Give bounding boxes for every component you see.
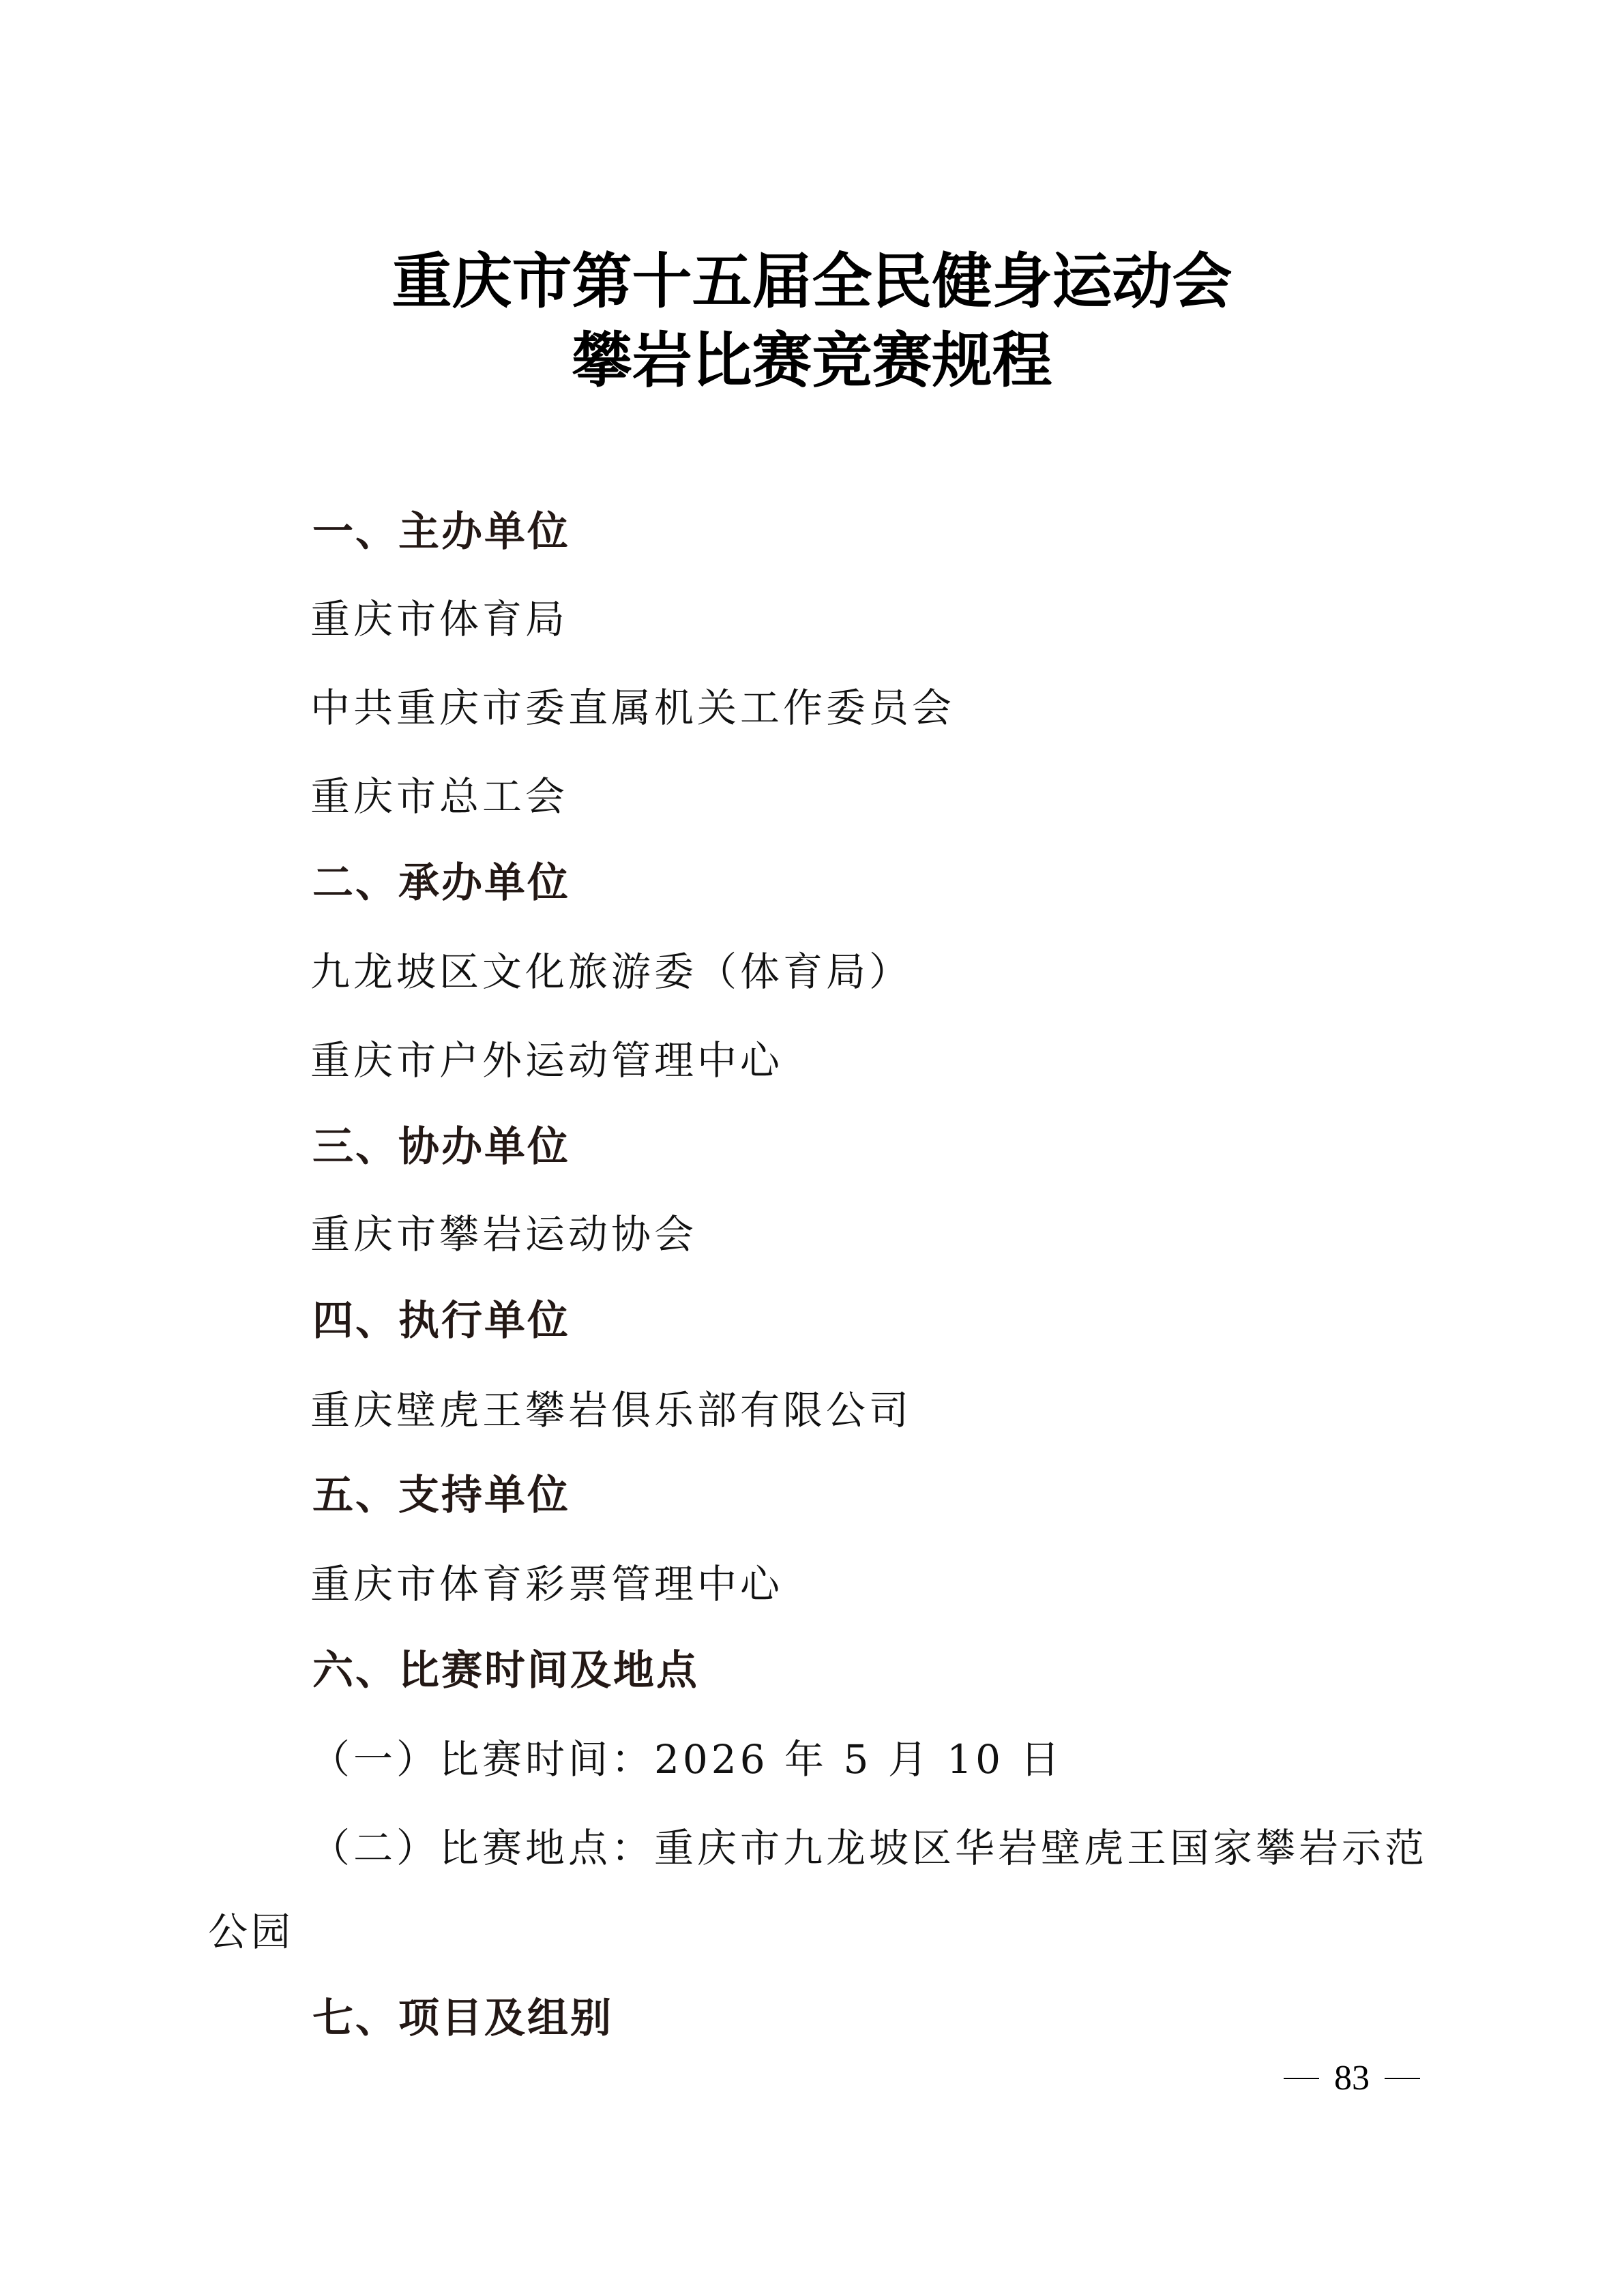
organizer-item: 重庆市体育局 — [310, 592, 568, 646]
document-title-line-2: 攀岩比赛竞赛规程 — [0, 326, 1624, 394]
page-number: 83 — [1269, 2058, 1435, 2099]
document-page: 重庆市第十五届全民健身运动会 攀岩比赛竞赛规程 一、主办单位 重庆市体育局 中共… — [0, 0, 1624, 2296]
document-title-line-1: 重庆市第十五届全民健身运动会 — [0, 247, 1624, 315]
competition-venue-continued: 公园 — [208, 1905, 294, 1959]
host-item: 九龙坡区文化旅游委（体育局） — [310, 944, 912, 999]
organizer-item: 重庆市总工会 — [310, 769, 568, 824]
section-heading-executor: 四、执行单位 — [312, 1294, 570, 1348]
host-item: 重庆市户外运动管理中心 — [310, 1033, 783, 1088]
page-number-value: 83 — [1334, 2059, 1370, 2098]
organizer-item: 中共重庆市委直属机关工作委员会 — [310, 681, 955, 735]
competition-time: （一）比赛时间：2026 年 5 月 10 日 — [310, 1732, 1063, 1787]
section-heading-time-venue: 六、比赛时间及地点 — [312, 1643, 699, 1698]
section-heading-co-organizers: 三、协办单位 — [312, 1120, 570, 1174]
section-heading-events-groups: 七、项目及组别 — [312, 1991, 613, 2046]
section-heading-supporter: 五、支持单位 — [312, 1468, 570, 1523]
section-heading-hosts: 二、承办单位 — [312, 856, 570, 910]
dash-decoration — [1385, 2078, 1420, 2079]
supporter-item: 重庆市体育彩票管理中心 — [310, 1557, 783, 1611]
dash-decoration — [1284, 2078, 1319, 2079]
section-heading-organizers: 一、主办单位 — [312, 505, 570, 559]
co-organizer-item: 重庆市攀岩运动协会 — [310, 1207, 697, 1262]
executor-item: 重庆壁虎王攀岩俱乐部有限公司 — [310, 1383, 912, 1437]
competition-venue: （二）比赛地点：重庆市九龙坡区华岩壁虎王国家攀岩示范 — [310, 1821, 1422, 1875]
